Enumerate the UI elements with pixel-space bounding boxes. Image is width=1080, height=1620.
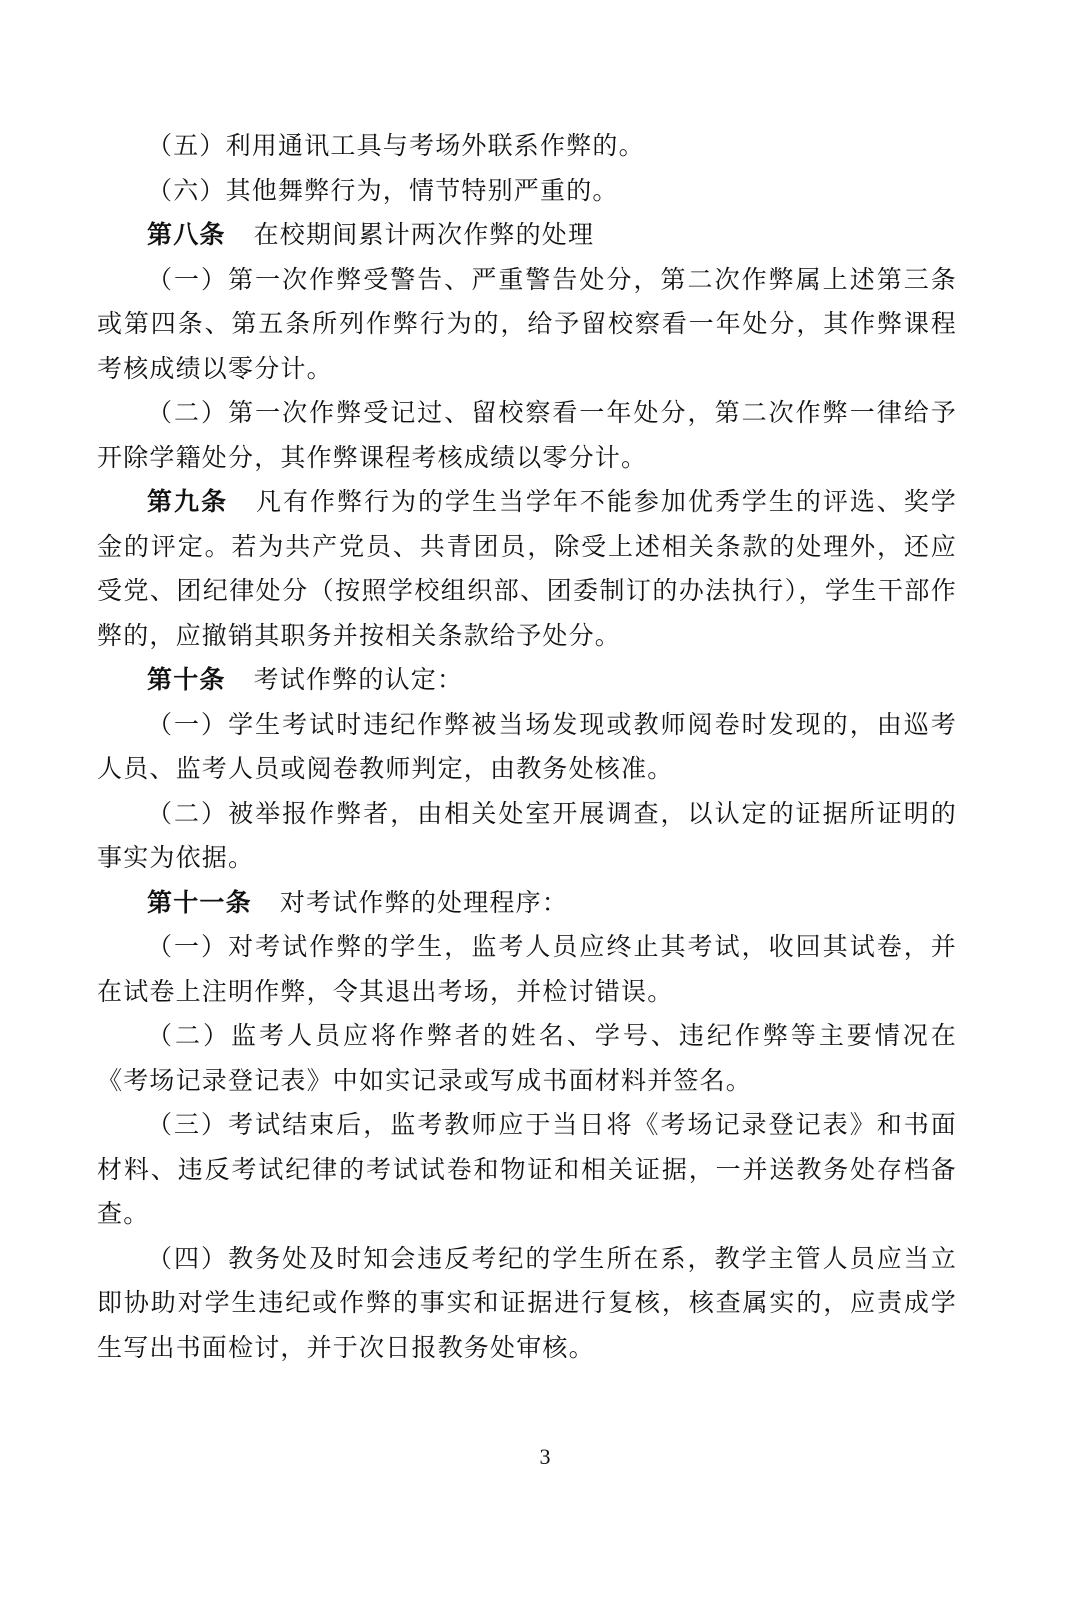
paragraph: （一）第一次作弊受警告、严重警告处分，第二次作弊属上述第三条或第四条、第五条所列… bbox=[97, 258, 957, 392]
document-body: （五）利用通讯工具与考场外联系作弊的。 （六）其他舞弊行为，情节特别严重的。 第… bbox=[97, 124, 957, 1370]
paragraph: （二）监考人员应将作弊者的姓名、学号、违纪作弊等主要情况在《考场记录登记表》中如… bbox=[97, 1014, 957, 1103]
paragraph: （二）被举报作弊者，由相关处室开展调查，以认定的证据所证明的事实为依据。 bbox=[97, 792, 957, 881]
paragraph: （六）其他舞弊行为，情节特别严重的。 bbox=[97, 169, 957, 214]
page-number: 3 bbox=[0, 1444, 1080, 1470]
paragraph: （一）对考试作弊的学生，监考人员应终止其考试，收回其试卷，并在试卷上注明作弊，令… bbox=[97, 925, 957, 1014]
article-11: 第十一条对考试作弊的处理程序： bbox=[97, 881, 957, 926]
article-heading: 第十条 bbox=[147, 665, 226, 694]
paragraph: （五）利用通讯工具与考场外联系作弊的。 bbox=[97, 124, 957, 169]
article-10: 第十条考试作弊的认定： bbox=[97, 658, 957, 703]
article-heading: 第九条 bbox=[147, 487, 228, 516]
article-9: 第九条凡有作弊行为的学生当学年不能参加优秀学生的评选、奖学金的评定。若为共产党员… bbox=[97, 480, 957, 658]
paragraph: （四）教务处及时知会违反考纪的学生所在系，教学主管人员应当立即协助对学生违纪或作… bbox=[97, 1237, 957, 1371]
paragraph: （三）考试结束后，监考教师应于当日将《考场记录登记表》和书面材料、违反考试纪律的… bbox=[97, 1103, 957, 1237]
paragraph: （二）第一次作弊受记过、留校察看一年处分，第二次作弊一律给予开除学籍处分，其作弊… bbox=[97, 391, 957, 480]
paragraph: （一）学生考试时违纪作弊被当场发现或教师阅卷时发现的，由巡考人员、监考人员或阅卷… bbox=[97, 703, 957, 792]
article-8: 第八条在校期间累计两次作弊的处理 bbox=[97, 213, 957, 258]
article-heading: 第八条 bbox=[147, 220, 226, 249]
article-heading: 第十一条 bbox=[147, 888, 252, 917]
